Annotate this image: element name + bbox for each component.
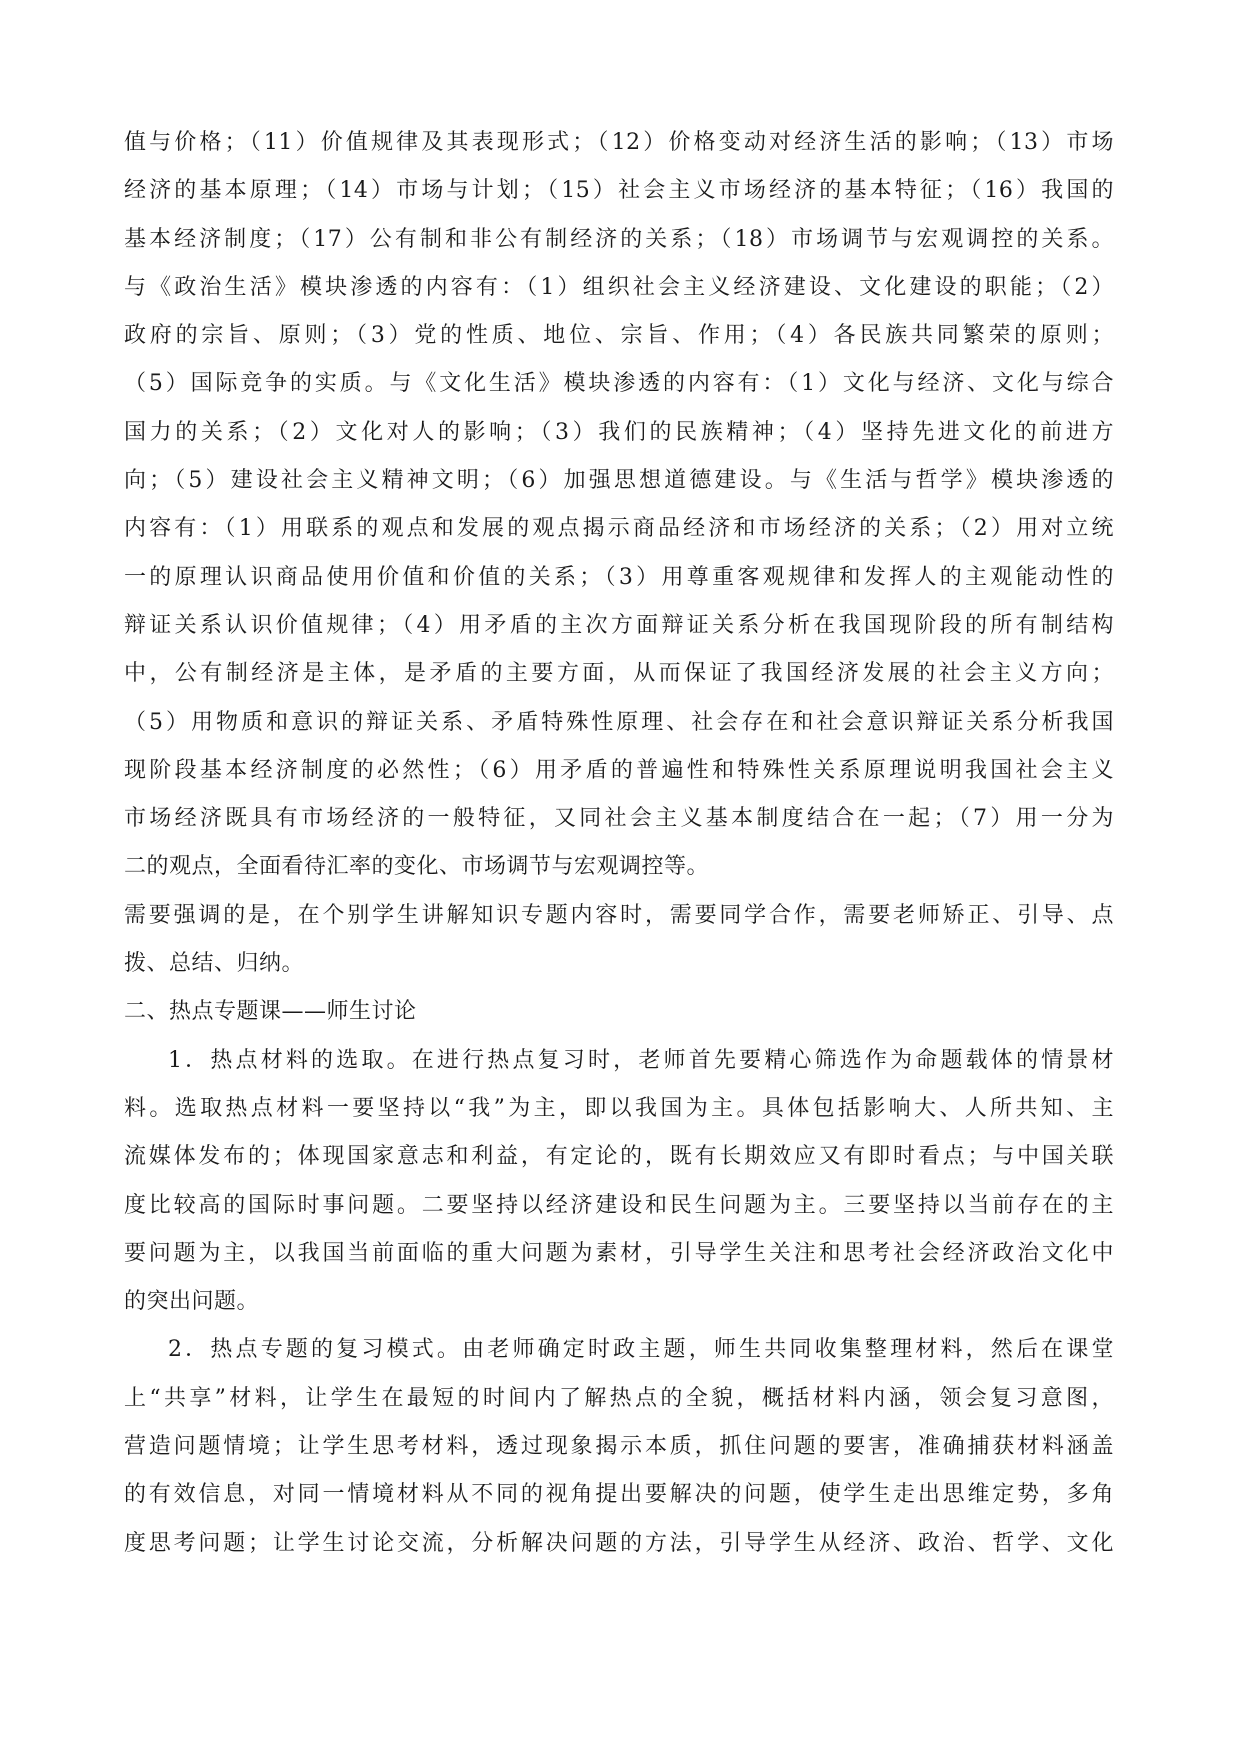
text-line: 二的观点，全面看待汇率的变化、市场调节与宏观调控等。 bbox=[124, 852, 1114, 900]
text-line: 值与价格；（11）价值规律及其表现形式；（12）价格变动对经济生活的影响；（13… bbox=[124, 128, 1114, 176]
paragraph-module-penetration: 与《政治生活》模块渗透的内容有：（1）组织社会主义经济建设、文化建设的职能；（2… bbox=[124, 273, 1114, 901]
paragraph-hotspot-review-mode: 2．热点专题的复习模式。由老师确定时政主题，师生共同收集整理材料，然后在课堂 上… bbox=[124, 1335, 1114, 1576]
text-line: 度思考问题；让学生讨论交流，分析解决问题的方法，引导学生从经济、政治、哲学、文化 bbox=[124, 1529, 1114, 1577]
paragraph-emphasis-note: 需要强调的是，在个别学生讲解知识专题内容时，需要同学合作，需要老师矫正、引导、点… bbox=[124, 901, 1114, 998]
text-line: 2．热点专题的复习模式。由老师确定时政主题，师生共同收集整理材料，然后在课堂 bbox=[124, 1335, 1114, 1383]
text-line: 拨、总结、归纳。 bbox=[124, 949, 1114, 997]
text-line: 内容有：（1）用联系的观点和发展的观点揭示商品经济和市场经济的关系；（2）用对立… bbox=[124, 514, 1114, 562]
text-line: 现阶段基本经济制度的必然性；（6）用矛盾的普遍性和特殊性关系原理说明我国社会主义 bbox=[124, 756, 1114, 804]
text-line: 政府的宗旨、原则；（3）党的性质、地位、宗旨、作用；（4）各民族共同繁荣的原则； bbox=[124, 321, 1114, 369]
text-line: 与《政治生活》模块渗透的内容有：（1）组织社会主义经济建设、文化建设的职能；（2… bbox=[124, 273, 1114, 321]
text-line: 1．热点材料的选取。在进行热点复习时，老师首先要精心筛选作为命题载体的情景材 bbox=[124, 1046, 1114, 1094]
text-line: 基本经济制度；（17）公有制和非公有制经济的关系；（18）市场调节与宏观调控的关… bbox=[124, 225, 1114, 273]
text-line: 需要强调的是，在个别学生讲解知识专题内容时，需要同学合作，需要老师矫正、引导、点 bbox=[124, 901, 1114, 949]
text-line: 度比较高的国际时事问题。二要坚持以经济建设和民生问题为主。三要坚持以当前存在的主 bbox=[124, 1191, 1114, 1239]
paragraph-hotspot-material-selection: 1．热点材料的选取。在进行热点复习时，老师首先要精心筛选作为命题载体的情景材 料… bbox=[124, 1046, 1114, 1336]
document-page: 值与价格；（11）价值规律及其表现形式；（12）价格变动对经济生活的影响；（13… bbox=[124, 128, 1114, 1577]
text-line: 一的原理认识商品使用价值和价值的关系；（3）用尊重客观规律和发挥人的主观能动性的 bbox=[124, 563, 1114, 611]
text-line: 的有效信息，对同一情境材料从不同的视角提出要解决的问题，使学生走出思维定势，多角 bbox=[124, 1480, 1114, 1528]
paragraph-economy-knowledge-points: 值与价格；（11）价值规律及其表现形式；（12）价格变动对经济生活的影响；（13… bbox=[124, 128, 1114, 273]
text-line: 中，公有制经济是主体，是矛盾的主要方面，从而保证了我国经济发展的社会主义方向； bbox=[124, 659, 1114, 707]
text-line: 流媒体发布的；体现国家意志和利益，有定论的，既有长期效应又有即时看点；与中国关联 bbox=[124, 1142, 1114, 1190]
text-line: 向；（5）建设社会主义精神文明；（6）加强思想道德建设。与《生活与哲学》模块渗透… bbox=[124, 466, 1114, 514]
text-line: 辩证关系认识价值规律；（4）用矛盾的主次方面辩证关系分析在我国现阶段的所有制结构 bbox=[124, 611, 1114, 659]
text-line: 料。选取热点材料一要坚持以“我”为主，即以我国为主。具体包括影响大、人所共知、主 bbox=[124, 1094, 1114, 1142]
text-line: 营造问题情境；让学生思考材料，透过现象揭示本质，抓住问题的要害，准确捕获材料涵盖 bbox=[124, 1432, 1114, 1480]
text-line: 的突出问题。 bbox=[124, 1287, 1114, 1335]
text-line: （5）国际竞争的实质。与《文化生活》模块渗透的内容有：（1）文化与经济、文化与综… bbox=[124, 369, 1114, 417]
section-heading: 二、热点专题课——师生讨论 bbox=[124, 997, 1114, 1045]
text-line: 国力的关系；（2）文化对人的影响；（3）我们的民族精神；（4）坚持先进文化的前进… bbox=[124, 418, 1114, 466]
text-line: 市场经济既具有市场经济的一般特征，又同社会主义基本制度结合在一起；（7）用一分为 bbox=[124, 804, 1114, 852]
text-line: 上“共享”材料，让学生在最短的时间内了解热点的全貌，概括材料内涵，领会复习意图， bbox=[124, 1384, 1114, 1432]
text-line: （5）用物质和意识的辩证关系、矛盾特殊性原理、社会存在和社会意识辩证关系分析我国 bbox=[124, 708, 1114, 756]
text-line: 要问题为主，以我国当前面临的重大问题为素材，引导学生关注和思考社会经济政治文化中 bbox=[124, 1239, 1114, 1287]
section-heading-text: 二、热点专题课——师生讨论 bbox=[124, 997, 1114, 1045]
text-line: 经济的基本原理；（14）市场与计划；（15）社会主义市场经济的基本特征；（16）… bbox=[124, 176, 1114, 224]
